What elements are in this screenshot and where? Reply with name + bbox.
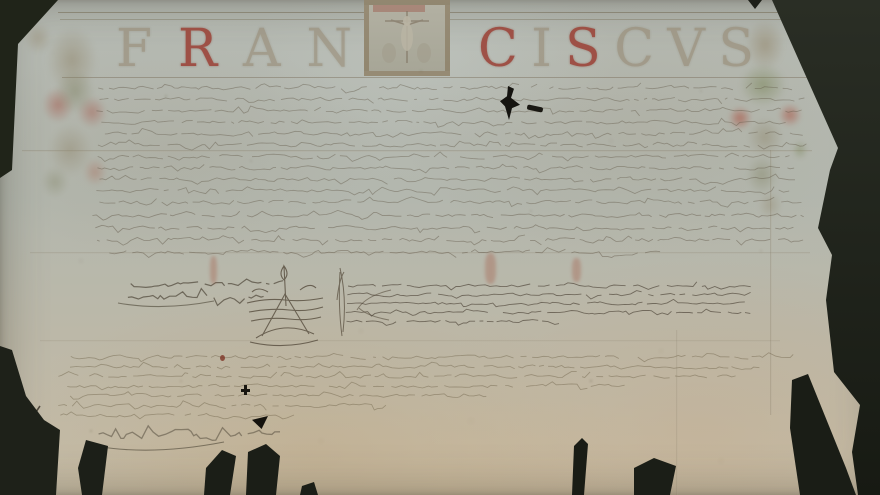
script-line xyxy=(92,210,803,220)
script-line xyxy=(98,152,790,162)
script-line xyxy=(128,289,264,306)
red-smudge-3 xyxy=(572,258,581,282)
red-wax-dot xyxy=(220,355,225,361)
script-line xyxy=(100,97,805,104)
script-line xyxy=(348,282,751,290)
notarial-sign-drawing xyxy=(247,266,323,346)
parchment: FRAN CISCVS xyxy=(0,0,880,495)
script-line xyxy=(97,164,794,173)
script-line xyxy=(96,187,789,196)
margin-flourish xyxy=(34,406,46,458)
script-line xyxy=(347,299,745,306)
small-hole-1b xyxy=(244,385,247,395)
script-line xyxy=(346,309,751,316)
script-line xyxy=(105,129,803,139)
quill-leaf-drawing xyxy=(337,268,344,336)
script-left-signature xyxy=(128,279,283,305)
script-notarial-block xyxy=(346,282,751,326)
script-lower-text xyxy=(58,353,793,419)
script-layer xyxy=(0,0,880,495)
script-line xyxy=(101,118,785,127)
script-line xyxy=(98,140,806,150)
script-line xyxy=(98,83,796,93)
script-line xyxy=(70,362,759,369)
script-line xyxy=(97,235,803,245)
script-line xyxy=(58,401,396,411)
script-line xyxy=(96,106,801,116)
script-line xyxy=(99,174,795,184)
script-line xyxy=(99,426,287,441)
script-line xyxy=(99,197,801,207)
script-line xyxy=(67,382,624,390)
script-body-lower xyxy=(92,210,803,257)
script-line xyxy=(71,353,793,362)
script-line xyxy=(95,225,793,233)
red-smudge-2 xyxy=(485,253,496,284)
script-line xyxy=(109,248,660,258)
script-bottom-signature xyxy=(99,426,287,441)
script-line xyxy=(60,412,294,419)
script-line xyxy=(347,291,750,299)
script-line xyxy=(346,320,559,326)
stain-speckles xyxy=(0,0,2,2)
script-line xyxy=(58,372,735,379)
script-line xyxy=(70,392,486,400)
red-smudge-1 xyxy=(210,256,217,284)
script-body-upper xyxy=(96,83,806,207)
script-line xyxy=(131,279,283,287)
bracket-lines xyxy=(357,290,391,320)
photo-backdrop: FRAN CISCVS xyxy=(0,0,880,495)
